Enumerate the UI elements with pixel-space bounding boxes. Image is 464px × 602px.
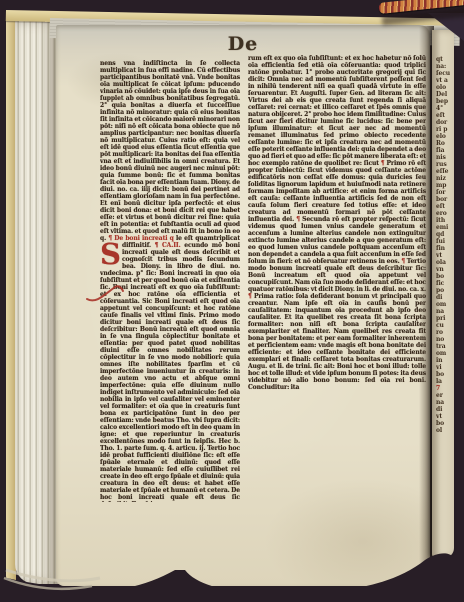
initial-flourish-icon xyxy=(84,280,128,306)
page-bottom-edge-shape xyxy=(0,512,464,602)
body-text: er na di vt bo ol xyxy=(436,392,444,434)
body-text: Secunda rō eſt propter reſpectū: ſicut v… xyxy=(248,216,426,265)
chapter-initial: S xyxy=(100,243,120,266)
body-text: Prima ratio: ſola deſiderant bonum vt pr… xyxy=(248,293,426,391)
book-photograph: De nens vna indiſtincta in ſe collecta m… xyxy=(0,0,464,602)
rubric-text: 7 xyxy=(436,385,440,392)
body-text: Primo rō eſt propter ſubiectū: ſicut vid… xyxy=(248,160,426,223)
right-text-column: rum eſt ex quo oīa ſubſiſtunt: et ex hoc… xyxy=(248,55,426,501)
facing-page-edge: qt na: ſecu vt a olo Del bep 4° eſt dor … xyxy=(432,30,454,558)
page-stack-fore-edge xyxy=(15,14,59,584)
rubric-text: ¶ CA.II. xyxy=(155,242,185,249)
body-text: nens vna indiſtincta in ſe collecta mult… xyxy=(100,60,240,235)
rubric-text: ¶ De boni increati q xyxy=(108,235,176,242)
running-title: De xyxy=(56,33,430,55)
body-text: qt na: ſecu vt a olo Del bep 4° eſt dor … xyxy=(436,56,450,385)
body-text: rum eſt ex quo oīa ſubſiſtunt: et ex hoc… xyxy=(248,55,426,167)
facing-page-text-column: qt na: ſecu vt a olo Del bep 4° eſt dor … xyxy=(436,56,452,516)
